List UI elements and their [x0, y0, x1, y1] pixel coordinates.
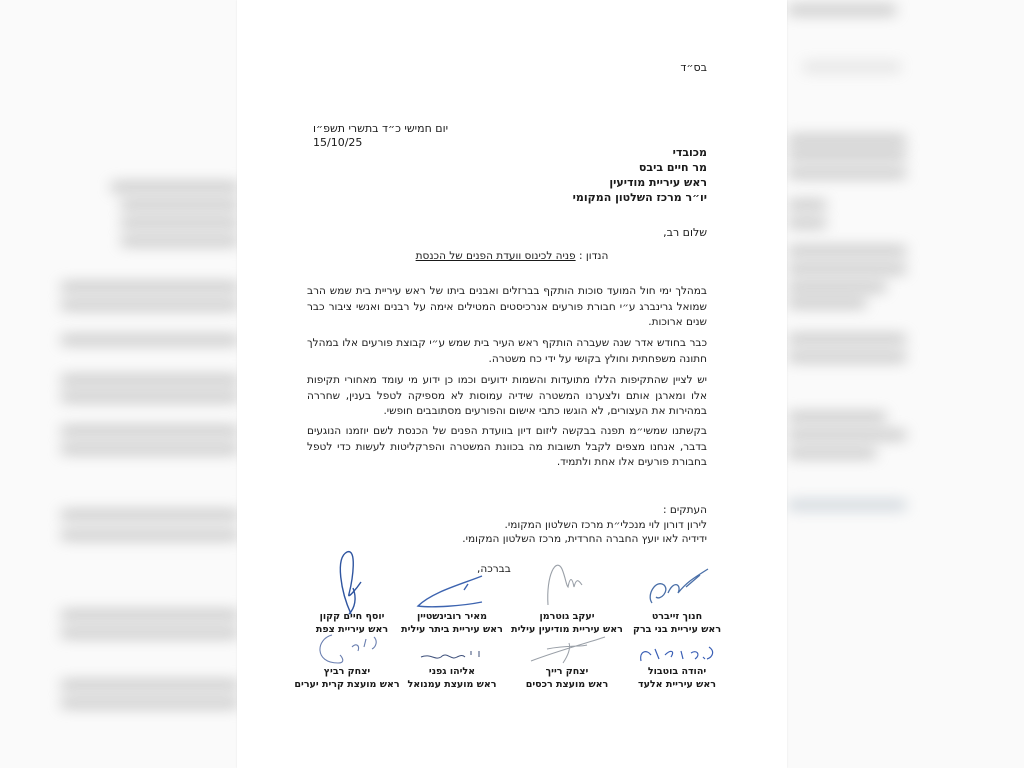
- gregorian-date: 15/10/25: [313, 136, 362, 149]
- signature-icon: [417, 645, 487, 665]
- signatory-name: יעקב גוטרמן: [507, 610, 627, 623]
- signatory-title: ראש מועצת עמנואל: [392, 678, 512, 691]
- signature-icon: [412, 572, 492, 612]
- signatory-title: ראש מועצת רכסים: [507, 678, 627, 691]
- copy-recipient: ידידיה לאו יועץ החברה החרדית, מרכז השלטו…: [462, 532, 707, 547]
- signatory-name: חנוך זייברט: [622, 610, 732, 623]
- recipient-salutation: מכובדי: [573, 145, 707, 160]
- body-paragraph: יש לציין שהתקיפות הללו מתועדות והשמות יד…: [307, 373, 707, 420]
- subject-line: הנדון : פניה לכינוס וועדת הפנים של הכנסת: [237, 250, 787, 262]
- greeting: שלום רב,: [663, 226, 707, 239]
- signatory: אליהו גפני ראש מועצת עמנואל: [392, 665, 512, 691]
- subject-text: פניה לכינוס וועדת הפנים של הכנסת: [416, 250, 576, 262]
- signatory-title: ראש עיריית בני ברק: [622, 623, 732, 636]
- hebrew-date: יום חמישי כ״ד בתשרי תשפ״ו: [313, 122, 448, 136]
- signature-icon: [542, 555, 592, 610]
- recipient-name: מר חיים ביבס: [573, 160, 707, 175]
- signatory-name: יצחק רביץ: [292, 665, 402, 678]
- signatory-name: יהודה בוטבול: [622, 665, 732, 678]
- signatory-title: ראש עיריית אלעד: [622, 678, 732, 691]
- recipient-title: ראש עיריית מודיעין: [573, 175, 707, 190]
- signatory-title: ראש עיריית ביתר עילית: [392, 623, 512, 636]
- signatory: יעקב גוטרמן ראש עיריית מודיעין עילית: [507, 610, 627, 636]
- body-paragraph: כבר בחודש אדר שנה שעברה הותקף ראש העיר ב…: [307, 336, 707, 367]
- signatory: חנוך זייברט ראש עיריית בני ברק: [622, 610, 732, 636]
- signatory: מאיר רובינשטיין ראש עיריית ביתר עילית: [392, 610, 512, 636]
- signature-icon: [642, 565, 712, 610]
- subject-label: הנדון :: [579, 250, 608, 262]
- signatory-name: יצחק רייך: [507, 665, 627, 678]
- copies-block: העתקים : לירון דורון לוי מנכלי״ת מרכז הש…: [462, 503, 707, 547]
- signatory-name: מאיר רובינשטיין: [392, 610, 512, 623]
- signature-icon: [312, 631, 382, 667]
- signatory: יהודה בוטבול ראש עיריית אלעד: [622, 665, 732, 691]
- body-paragraph: במהלך ימי חול המועד סוכות הותקף בברזלים …: [307, 284, 707, 331]
- signatory-name: אליהו גפני: [392, 665, 512, 678]
- blurred-background-left: [0, 0, 237, 768]
- signatory: יצחק רביץ ראש מועצת קרית יערים: [292, 665, 402, 691]
- copy-recipient: לירון דורון לוי מנכלי״ת מרכז השלטון המקו…: [462, 518, 707, 533]
- blurred-background-right: [787, 0, 1024, 768]
- signatory: יצחק רייך ראש מועצת רכסים: [507, 665, 627, 691]
- recipient-block: מכובדי מר חיים ביבס ראש עיריית מודיעין י…: [573, 145, 707, 205]
- signature-icon: [527, 635, 607, 665]
- recipient-role: יו״ר מרכז השלטון המקומי: [573, 190, 707, 205]
- body-paragraph: בקשתנו שמשי״מ תפנה בבקשה ליזום דיון בווע…: [307, 424, 707, 471]
- signatory-title: ראש מועצת קרית יערים: [292, 678, 402, 691]
- signature-icon: [637, 643, 717, 665]
- signatory-name: יוסף חיים קקון: [302, 610, 402, 623]
- header-mark: בס״ד: [680, 61, 707, 74]
- signature-icon: [327, 548, 377, 618]
- letter-page: בס״ד יום חמישי כ״ד בתשרי תשפ״ו 15/10/25 …: [237, 0, 787, 768]
- copies-label: העתקים :: [462, 503, 707, 518]
